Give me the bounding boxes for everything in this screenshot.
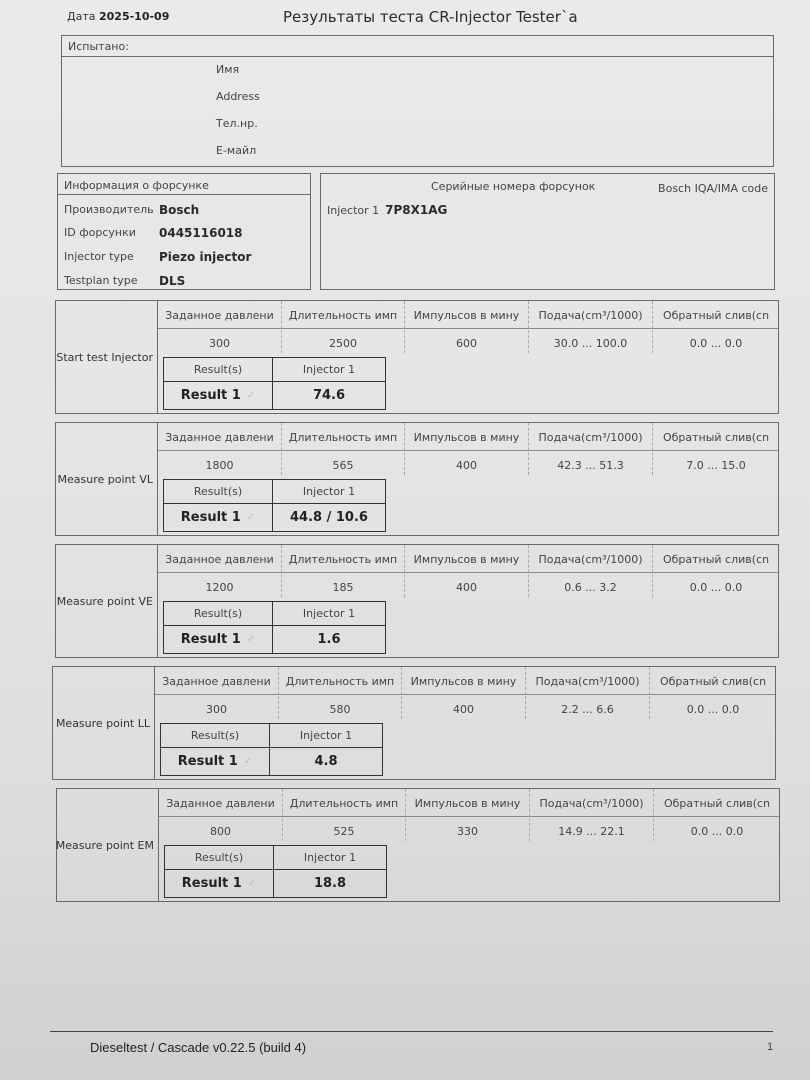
test-block: Measure point VL Заданное давлени 1800 Д…: [55, 422, 779, 536]
results-table: Result(s) Injector 1 Result 1✓ 1.6: [163, 601, 386, 654]
column-header: Заданное давлени: [159, 797, 282, 810]
column-header: Обратный слив(cn: [653, 431, 779, 444]
result-label-cell: Result 1✓: [164, 382, 273, 409]
parameter-column: Заданное давлени 800: [159, 789, 283, 841]
parameter-column: Длительность имп 565: [282, 423, 405, 475]
injector-info-title: Информация о форсунке: [58, 174, 310, 195]
parameter-column: Длительность имп 2500: [282, 301, 405, 353]
parameter-column: Обратный слив(cn 0.0 ... 0.0: [653, 301, 779, 353]
manufacturer-value: Bosch: [159, 203, 199, 217]
date-value: 2025-10-09: [99, 10, 169, 23]
parameter-column: Обратный слив(cn 0.0 ... 0.0: [653, 545, 779, 597]
parameter-column: Подача(cm³/1000) 14.9 ... 22.1: [530, 789, 654, 841]
parameter-value: 525: [283, 825, 405, 838]
parameter-column: Обратный слив(cn 0.0 ... 0.0: [650, 667, 776, 719]
column-header: Обратный слив(cn: [650, 675, 776, 688]
column-header: Подача(cm³/1000): [530, 797, 653, 810]
column-header: Подача(cm³/1000): [526, 675, 649, 688]
parameter-value: 400: [405, 459, 528, 472]
manufacturer-label: Производитель: [64, 203, 154, 216]
address-field: Address: [216, 90, 260, 103]
parameter-value: 330: [406, 825, 529, 838]
test-block: Start test Injector Заданное давлени 300…: [55, 300, 779, 414]
page-number: 1: [767, 1041, 773, 1053]
test-block: Measure point LL Заданное давлени 300 Дл…: [52, 666, 776, 780]
iqa-code-title: Bosch IQA/IMA code: [658, 182, 768, 195]
test-parameters: Заданное давлени 300 Длительность имп 25…: [158, 301, 778, 353]
parameter-value: 1800: [158, 459, 281, 472]
parameter-value: 0.6 ... 3.2: [529, 581, 652, 594]
parameter-value: 600: [405, 337, 528, 350]
parameter-value: 0.0 ... 0.0: [653, 337, 779, 350]
column-header: Длительность имп: [283, 797, 405, 810]
serial-numbers-section: Серийные номера форсунок Bosch IQA/IMA c…: [320, 173, 775, 290]
parameter-column: Импульсов в мину 400: [405, 545, 529, 597]
footer-version: Dieseltest / Cascade v0.22.5 (build 4): [90, 1040, 306, 1055]
result-label: Result 1: [178, 754, 238, 769]
injector-info-section: Информация о форсунке ПроизводительBosch…: [57, 173, 311, 290]
parameter-value: 30.0 ... 100.0: [529, 337, 652, 350]
test-name: Measure point EM: [57, 789, 159, 901]
parameter-column: Длительность имп 185: [282, 545, 405, 597]
column-header: Длительность имп: [279, 675, 401, 688]
parameter-value: 0.0 ... 0.0: [650, 703, 776, 716]
column-header: Длительность имп: [282, 431, 404, 444]
parameter-column: Импульсов в мину 400: [402, 667, 526, 719]
injector-id-row: ID форсунки0445116018: [64, 226, 136, 239]
result-value: 1.6: [273, 626, 385, 653]
parameter-column: Обратный слив(cn 0.0 ... 0.0: [654, 789, 780, 841]
result-label-cell: Result 1✓: [161, 748, 270, 775]
injector-serial-label: Injector 1: [327, 204, 379, 217]
parameter-value: 2.2 ... 6.6: [526, 703, 649, 716]
test-name: Measure point LL: [53, 667, 155, 779]
check-icon: ✓: [247, 390, 255, 401]
result-value: 44.8 / 10.6: [273, 504, 385, 531]
parameter-value: 565: [282, 459, 404, 472]
parameter-column: Импульсов в мину 330: [406, 789, 530, 841]
test-block: Measure point VE Заданное давлени 1200 Д…: [55, 544, 779, 658]
injector-id-label: ID форсунки: [64, 226, 136, 239]
date-label: Дата: [67, 10, 95, 23]
injector-type-label: Injector type: [64, 250, 134, 263]
results-header: Result(s): [164, 480, 273, 504]
injector-serial-value: 7P8X1AG: [385, 203, 447, 217]
testplan-type-row: Testplan typeDLS: [64, 274, 137, 287]
parameter-value: 400: [405, 581, 528, 594]
parameter-column: Импульсов в мину 600: [405, 301, 529, 353]
column-header: Импульсов в мину: [406, 797, 529, 810]
phone-field: Тел.нр.: [216, 117, 258, 130]
tested-by-label: Испытано:: [62, 36, 773, 57]
result-value: 74.6: [273, 382, 385, 409]
column-header: Длительность имп: [282, 309, 404, 322]
injector-header: Injector 1: [273, 358, 385, 382]
result-label: Result 1: [181, 388, 241, 403]
check-icon: ✓: [247, 512, 255, 523]
manufacturer-row: ПроизводительBosch: [64, 203, 154, 216]
injector-header: Injector 1: [270, 724, 382, 748]
test-parameters: Заданное давлени 1800 Длительность имп 5…: [158, 423, 778, 475]
parameter-column: Длительность имп 525: [283, 789, 406, 841]
parameter-column: Подача(cm³/1000) 2.2 ... 6.6: [526, 667, 650, 719]
tested-by-section: Испытано: Имя Address Тел.нр. Е-майл: [61, 35, 774, 167]
results-header: Result(s): [164, 602, 273, 626]
parameter-value: 300: [158, 337, 281, 350]
parameter-column: Подача(cm³/1000) 42.3 ... 51.3: [529, 423, 653, 475]
injector-serial-row: Injector 17P8X1AG: [327, 203, 447, 217]
parameter-column: Заданное давлени 1200: [158, 545, 282, 597]
serial-numbers-title: Серийные номера форсунок: [431, 180, 595, 193]
test-parameters: Заданное давлени 800 Длительность имп 52…: [159, 789, 779, 841]
results-header: Result(s): [161, 724, 270, 748]
column-header: Импульсов в мину: [405, 553, 528, 566]
testplan-type-value: DLS: [159, 274, 185, 288]
parameter-value: 42.3 ... 51.3: [529, 459, 652, 472]
name-field: Имя: [216, 63, 239, 76]
parameter-column: Обратный слив(cn 7.0 ... 15.0: [653, 423, 779, 475]
test-name: Measure point VE: [56, 545, 158, 657]
report-title: Результаты теста CR-Injector Tester`a: [283, 8, 578, 26]
column-header: Подача(cm³/1000): [529, 431, 652, 444]
test-parameters: Заданное давлени 1200 Длительность имп 1…: [158, 545, 778, 597]
parameter-value: 400: [402, 703, 525, 716]
injector-id-value: 0445116018: [159, 226, 243, 240]
result-label: Result 1: [181, 632, 241, 647]
parameter-value: 300: [155, 703, 278, 716]
injector-header: Injector 1: [274, 846, 386, 870]
parameter-value: 2500: [282, 337, 404, 350]
result-label-cell: Result 1✓: [164, 504, 273, 531]
report-date: Дата 2025-10-09: [67, 10, 169, 23]
parameter-value: 0.0 ... 0.0: [653, 581, 779, 594]
test-parameters: Заданное давлени 300 Длительность имп 58…: [155, 667, 775, 719]
parameter-value: 800: [159, 825, 282, 838]
column-header: Обратный слив(cn: [653, 553, 779, 566]
parameter-value: 580: [279, 703, 401, 716]
parameter-column: Подача(cm³/1000) 30.0 ... 100.0: [529, 301, 653, 353]
parameter-column: Заданное давлени 300: [155, 667, 279, 719]
column-header: Импульсов в мину: [402, 675, 525, 688]
column-header: Обратный слив(cn: [653, 309, 779, 322]
parameter-column: Длительность имп 580: [279, 667, 402, 719]
column-header: Заданное давлени: [158, 431, 281, 444]
column-header: Заданное давлени: [158, 553, 281, 566]
parameter-column: Импульсов в мину 400: [405, 423, 529, 475]
result-value: 18.8: [274, 870, 386, 897]
test-name: Start test Injector: [56, 301, 158, 413]
column-header: Подача(cm³/1000): [529, 553, 652, 566]
parameter-column: Заданное давлени 300: [158, 301, 282, 353]
check-icon: ✓: [244, 756, 252, 767]
results-table: Result(s) Injector 1 Result 1✓ 74.6: [163, 357, 386, 410]
results-table: Result(s) Injector 1 Result 1✓ 18.8: [164, 845, 387, 898]
parameter-column: Заданное давлени 1800: [158, 423, 282, 475]
column-header: Длительность имп: [282, 553, 404, 566]
column-header: Импульсов в мину: [405, 431, 528, 444]
parameter-column: Подача(cm³/1000) 0.6 ... 3.2: [529, 545, 653, 597]
result-label: Result 1: [181, 510, 241, 525]
result-label-cell: Result 1✓: [164, 626, 273, 653]
check-icon: ✓: [247, 634, 255, 645]
parameter-value: 185: [282, 581, 404, 594]
results-table: Result(s) Injector 1 Result 1✓ 44.8 / 10…: [163, 479, 386, 532]
parameter-value: 7.0 ... 15.0: [653, 459, 779, 472]
parameter-value: 14.9 ... 22.1: [530, 825, 653, 838]
parameter-value: 1200: [158, 581, 281, 594]
results-header: Result(s): [164, 358, 273, 382]
test-name: Measure point VL: [56, 423, 158, 535]
column-header: Обратный слив(cn: [654, 797, 780, 810]
results-header: Result(s): [165, 846, 274, 870]
test-block: Measure point EM Заданное давлени 800 Дл…: [56, 788, 780, 902]
column-header: Подача(cm³/1000): [529, 309, 652, 322]
results-table: Result(s) Injector 1 Result 1✓ 4.8: [160, 723, 383, 776]
column-header: Заданное давлени: [158, 309, 281, 322]
injector-header: Injector 1: [273, 602, 385, 626]
column-header: Импульсов в мину: [405, 309, 528, 322]
column-header: Заданное давлени: [155, 675, 278, 688]
result-label: Result 1: [182, 876, 242, 891]
check-icon: ✓: [248, 878, 256, 889]
testplan-type-label: Testplan type: [64, 274, 137, 287]
parameter-value: 0.0 ... 0.0: [654, 825, 780, 838]
footer-divider: [50, 1031, 773, 1032]
injector-type-value: Piezo injector: [159, 250, 251, 264]
email-field: Е-майл: [216, 144, 256, 157]
result-label-cell: Result 1✓: [165, 870, 274, 897]
injector-header: Injector 1: [273, 480, 385, 504]
injector-type-row: Injector typePiezo injector: [64, 250, 134, 263]
result-value: 4.8: [270, 748, 382, 775]
